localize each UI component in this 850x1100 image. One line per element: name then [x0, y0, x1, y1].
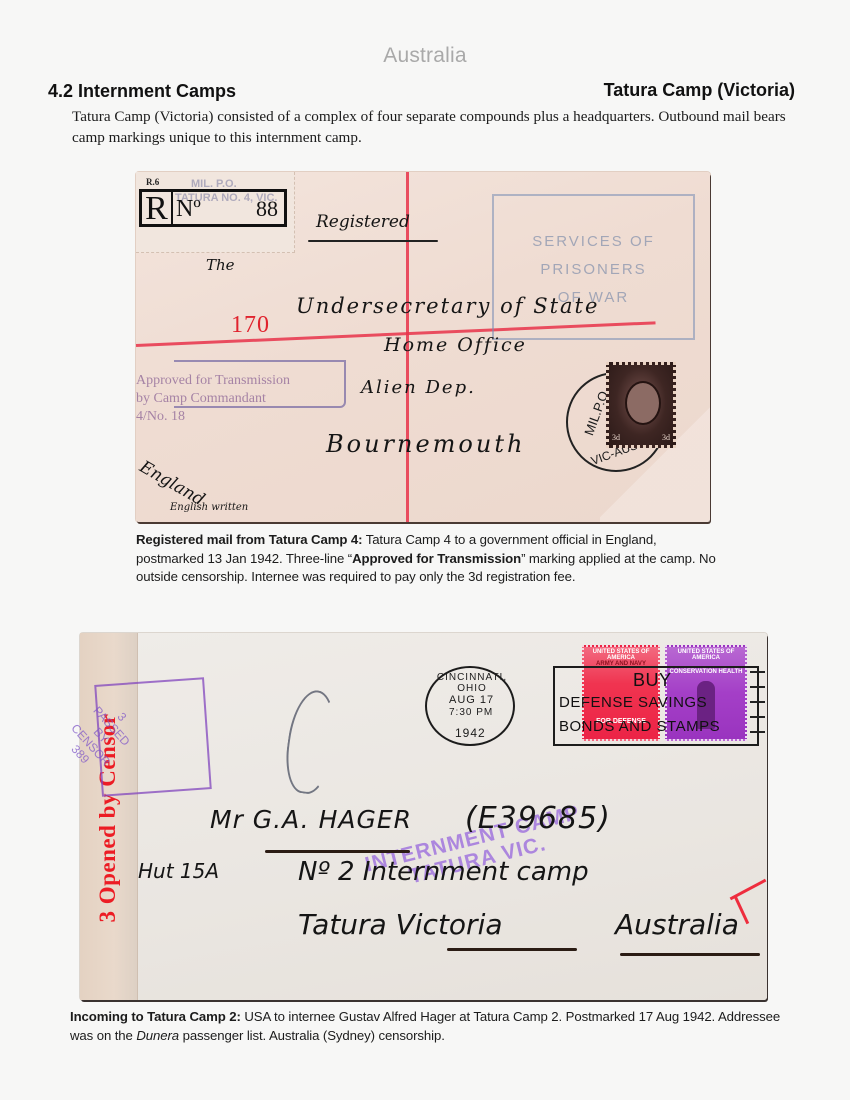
slogan-line-1: BUY — [633, 670, 672, 691]
registered-note: Registered — [316, 212, 410, 232]
cover-incoming-envelope: 3 Opened by Censor 3 PASSED BY CENSOR 38… — [80, 633, 767, 1000]
caption-2-italic: Dunera — [136, 1028, 179, 1043]
addressee-name: Mr G.A. HAGER — [210, 805, 412, 834]
registration-overprint-line1: MIL. P.O. — [191, 178, 237, 190]
slogan-line-2: DEFENSE SAVINGS — [559, 694, 707, 711]
registration-no-label: Nº — [176, 197, 201, 221]
address-line-undersecretary: Undersecretary of State — [296, 294, 599, 318]
name-underline — [265, 850, 410, 853]
address-line-the: The — [206, 256, 235, 274]
address-line-alien-dept: Alien Dep. — [361, 377, 476, 398]
registration-label: R.6 R MIL. P.O. TATURA NO. 4, VIC. Nº 88 — [136, 172, 295, 253]
pow-services-marking: SERVICES OF PRISONERS OF WAR — [492, 194, 695, 340]
victoria-underline — [447, 948, 577, 951]
postage-stamp-3d-kgvi: 3d3d — [606, 362, 676, 448]
address-country: Australia — [615, 908, 739, 941]
pencil-circled-mark — [281, 687, 341, 796]
intro-paragraph: Tatura Camp (Victoria) consisted of a co… — [72, 106, 792, 148]
caption-1-bold: Approved for Transmission — [352, 551, 521, 566]
country-header: Australia — [0, 44, 850, 68]
australia-underline — [620, 953, 760, 956]
english-written-note: English written — [170, 502, 248, 513]
postmark-date: AUG 17 — [449, 694, 494, 706]
stamp-denomination: 3d3d — [609, 433, 673, 442]
registration-number: 88 — [256, 197, 278, 221]
hut-number: Hut 15A — [138, 859, 219, 883]
internee-number: (E39685) — [465, 801, 611, 836]
registration-form-code: R.6 — [146, 177, 159, 187]
registration-letter: R — [142, 192, 173, 224]
camp-title: Tatura Camp (Victoria) — [604, 80, 795, 101]
cover-registered-envelope: R.6 R MIL. P.O. TATURA NO. 4, VIC. Nº 88… — [136, 172, 710, 522]
cincinnati-postmark: CINCINNATI, OHIO AUG 17 7:30 PM 1942 — [425, 666, 515, 746]
cancel-wavy-bars — [750, 671, 765, 746]
postmark-year: 1942 — [455, 726, 486, 740]
approved-for-transmission-marking: Approved for Transmission by Camp Comman… — [136, 372, 290, 426]
postmark-time: 7:30 PM — [449, 707, 493, 718]
pow-line-1: SERVICES OF — [494, 228, 693, 256]
postmark-city: CINCINNATI, OHIO — [431, 672, 513, 694]
caption-cover-1: Registered mail from Tatura Camp 4: Tatu… — [136, 531, 716, 587]
caption-2-text-b: passenger list. Australia (Sydney) censo… — [179, 1028, 445, 1043]
registration-box: R MIL. P.O. TATURA NO. 4, VIC. Nº 88 — [139, 189, 287, 227]
approved-line-3: 4/No. 18 — [136, 408, 290, 426]
address-tatura-victoria: Tatura Victoria — [298, 908, 503, 941]
slogan-line-3: BONDS AND STAMPS — [559, 718, 720, 735]
caption-2-lead: Incoming to Tatura Camp 2: — [70, 1009, 241, 1024]
red-register-number: 170 — [231, 312, 270, 339]
slogan-cancel: BUY DEFENSE SAVINGS BONDS AND STAMPS — [553, 666, 759, 746]
stamp-portrait — [625, 381, 661, 425]
pow-line-2: PRISONERS — [494, 256, 693, 284]
registered-underline — [308, 240, 438, 242]
section-title: 4.2 Internment Camps — [48, 81, 236, 102]
approved-line-2: by Camp Commandant — [136, 390, 290, 408]
approved-line-1: Approved for Transmission — [136, 372, 290, 390]
caption-cover-2: Incoming to Tatura Camp 2: USA to intern… — [70, 1008, 790, 1045]
address-line-home-office: Home Office — [384, 334, 527, 356]
address-line-bournemouth: Bournemouth — [326, 430, 525, 458]
address-camp-line: Nº 2 Internment camp — [298, 857, 589, 887]
caption-1-lead: Registered mail from Tatura Camp 4: — [136, 532, 362, 547]
